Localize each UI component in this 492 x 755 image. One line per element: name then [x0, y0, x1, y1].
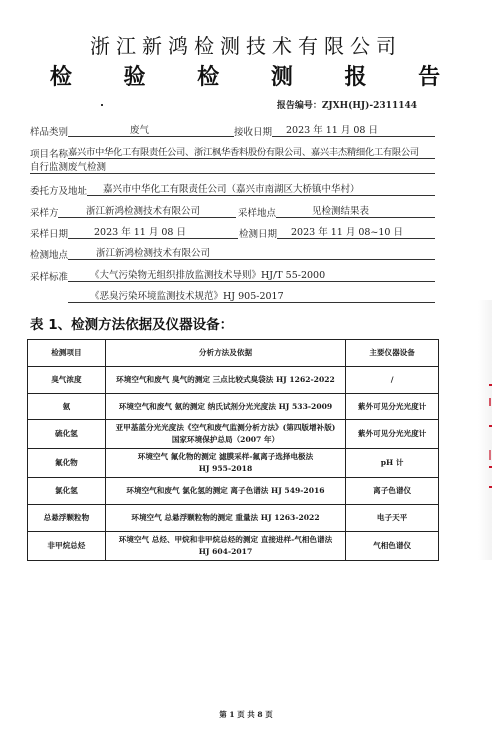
- seal-fragment: [489, 398, 491, 406]
- row-instrument: 气相色谱仪: [346, 532, 439, 561]
- receive-date-line: 2023 年 11 月 08 日: [272, 124, 435, 137]
- sample-type-line: 废气: [68, 124, 234, 137]
- method-line-1: 环境空气 氟化物的测定 滤膜采样-氟离子选择电极法: [108, 451, 343, 463]
- sampler-line: 浙江新鸿检测技术有限公司: [58, 205, 236, 218]
- sampler-value: 浙江新鸿检测技术有限公司: [86, 205, 200, 217]
- method-line-1: 环境空气和废气 氨的测定 纳氏试剂分光光度法 HJ 533-2009: [108, 401, 343, 413]
- method-line-1: 环境空气 总烃、甲烷和非甲烷总烃的测定 直接进样-气相色谱法: [108, 534, 343, 546]
- methods-table: 检测项目 分析方法及依据 主要仪器设备 臭气浓度 环境空气和废气 臭气的测定 三…: [27, 339, 439, 561]
- client-line: 嘉兴市中华化工有限责任公司（嘉兴市南湖区大桥镇中华村）: [87, 183, 435, 196]
- column-header-instrument: 主要仪器设备: [346, 340, 439, 367]
- receive-date-label: 接收日期: [234, 124, 272, 138]
- project-name-line-2: 自行监测废气检测: [30, 161, 435, 174]
- sampling-date-label: 采样日期: [30, 226, 68, 240]
- table-row: 氟化物 环境空气 氟化物的测定 滤膜采样-氟离子选择电极法 HJ 955-201…: [28, 449, 439, 478]
- report-number-value: ZJXH(HJ)-2311144: [322, 101, 417, 111]
- sampling-site-value: 见检测结果表: [312, 205, 369, 217]
- row-instrument: 紫外可见分光光度计: [346, 394, 439, 420]
- sampling-date-line: 2023 年 11 月 08 日: [68, 226, 238, 239]
- table-row: 非甲烷总烃 环境空气 总烃、甲烷和非甲烷总烃的测定 直接进样-气相色谱法 HJ …: [28, 532, 439, 561]
- row-instrument: /: [346, 367, 439, 394]
- method-line-2: HJ 604-2017: [108, 546, 343, 558]
- row-method: 环境空气和废气 氨的测定 纳氏试剂分光光度法 HJ 533-2009: [105, 394, 345, 420]
- row-method: 亚甲基蓝分光光度法《空气和废气监测分析方法》(第四版增补版) 国家环境保护总局（…: [105, 420, 345, 449]
- sampling-standard-line-1: 《大气污染物无组织排放监测技术导则》HJ/T 55-2000: [68, 269, 435, 282]
- client-value: 嘉兴市中华化工有限责任公司（嘉兴市南湖区大桥镇中华村）: [103, 183, 360, 195]
- sampling-standard-label: 采样标准: [30, 269, 68, 283]
- method-line-2: HJ 955-2018: [108, 463, 343, 475]
- client-label: 委托方及地址: [30, 183, 87, 197]
- row-instrument: 离子色谱仪: [346, 478, 439, 505]
- row-instrument: 电子天平: [346, 505, 439, 532]
- row-method: 环境空气和废气 臭气的测定 三点比较式臭袋法 HJ 1262-2022: [105, 367, 345, 394]
- row-item: 非甲烷总烃: [28, 532, 106, 561]
- seal-fragment: [489, 450, 491, 460]
- row-method: 环境空气 氟化物的测定 滤膜采样-氟离子选择电极法 HJ 955-2018: [105, 449, 345, 478]
- sampling-site-label: 采样地点: [238, 205, 276, 219]
- page-edge-shadow: [478, 300, 492, 560]
- project-name-line-1: 嘉兴市中华化工有限责任公司、浙江枫华香料股份有限公司、嘉兴丰杰精细化工有限公司: [68, 146, 435, 159]
- sample-type-label: 样品类别: [30, 124, 68, 138]
- row-method: 环境空气 总悬浮颗粒物的测定 重量法 HJ 1263-2022: [105, 505, 345, 532]
- column-header-item: 检测项目: [28, 340, 106, 367]
- company-name: 浙江新鸿检测技术有限公司: [0, 30, 492, 59]
- sampling-site-line: 见检测结果表: [276, 205, 435, 218]
- row-item: 硫化氢: [28, 420, 106, 449]
- row-method: 环境空气 总烃、甲烷和非甲烷总烃的测定 直接进样-气相色谱法 HJ 604-20…: [105, 532, 345, 561]
- table-row: 臭气浓度 环境空气和废气 臭气的测定 三点比较式臭袋法 HJ 1262-2022…: [28, 367, 439, 394]
- row-item: 氯化氢: [28, 478, 106, 505]
- report-title: 检 验 检 测 报 告: [0, 60, 492, 91]
- table1-heading: 表 1、检测方法依据及仪器设备：: [30, 313, 233, 333]
- sampling-standard-value-2: 《恶臭污染环境监测技术规范》HJ 905-2017: [90, 290, 284, 302]
- project-name-value-2: 自行监测废气检测: [30, 161, 106, 173]
- report-number: 报告编号：ZJXH(HJ)-2311144: [277, 98, 417, 111]
- test-site-line: 浙江新鸿检测技术有限公司: [68, 247, 435, 260]
- sample-type-value: 废气: [130, 124, 149, 136]
- page-footer: 第 1 页 共 8 页: [0, 709, 492, 720]
- test-date-line: 2023 年 11 月 08~10 日: [277, 226, 435, 239]
- sampler-label: 采样方: [30, 205, 59, 219]
- table-row: 氨 环境空气和废气 氨的测定 纳氏试剂分光光度法 HJ 533-2009 紫外可…: [28, 394, 439, 420]
- sampling-date-value: 2023 年 11 月 08 日: [94, 226, 186, 238]
- test-site-label: 检测地点: [30, 247, 68, 261]
- row-item: 氟化物: [28, 449, 106, 478]
- test-date-value: 2023 年 11 月 08~10 日: [291, 226, 403, 238]
- sampling-standard-value-1: 《大气污染物无组织排放监测技术导则》HJ/T 55-2000: [90, 269, 325, 281]
- row-item: 氨: [28, 394, 106, 420]
- sampling-standard-line-2: 《恶臭污染环境监测技术规范》HJ 905-2017: [68, 290, 435, 303]
- method-line-1: 环境空气和废气 氯化氢的测定 离子色谱法 HJ 549-2016: [108, 485, 343, 497]
- table-header-row: 检测项目 分析方法及依据 主要仪器设备: [28, 340, 439, 367]
- method-line-1: 环境空气 总悬浮颗粒物的测定 重量法 HJ 1263-2022: [108, 512, 343, 524]
- column-header-method: 分析方法及依据: [105, 340, 345, 367]
- receive-date-value: 2023 年 11 月 08 日: [286, 124, 378, 136]
- test-site-value: 浙江新鸿检测技术有限公司: [96, 247, 210, 259]
- method-line-1: 环境空气和废气 臭气的测定 三点比较式臭袋法 HJ 1262-2022: [108, 374, 343, 386]
- project-name-label: 项目名称: [30, 146, 68, 160]
- report-number-label: 报告编号：: [277, 101, 322, 111]
- table-row: 硫化氢 亚甲基蓝分光光度法《空气和废气监测分析方法》(第四版增补版) 国家环境保…: [28, 420, 439, 449]
- project-name-value-1: 嘉兴市中华化工有限责任公司、浙江枫华香料股份有限公司、嘉兴丰杰精细化工有限公司: [68, 146, 419, 158]
- row-item: 臭气浓度: [28, 367, 106, 394]
- table-row: 氯化氢 环境空气和废气 氯化氢的测定 离子色谱法 HJ 549-2016 离子色…: [28, 478, 439, 505]
- method-line-1: 亚甲基蓝分光光度法《空气和废气监测分析方法》(第四版增补版): [108, 422, 343, 434]
- row-instrument: 紫外可见分光光度计: [346, 420, 439, 449]
- test-date-label: 检测日期: [239, 226, 277, 240]
- row-item: 总悬浮颗粒物: [28, 505, 106, 532]
- method-line-2: 国家环境保护总局（2007 年）: [108, 434, 343, 446]
- row-method: 环境空气和废气 氯化氢的测定 离子色谱法 HJ 549-2016: [105, 478, 345, 505]
- stray-dot: [101, 104, 103, 106]
- table-row: 总悬浮颗粒物 环境空气 总悬浮颗粒物的测定 重量法 HJ 1263-2022 电…: [28, 505, 439, 532]
- row-instrument: pH 计: [346, 449, 439, 478]
